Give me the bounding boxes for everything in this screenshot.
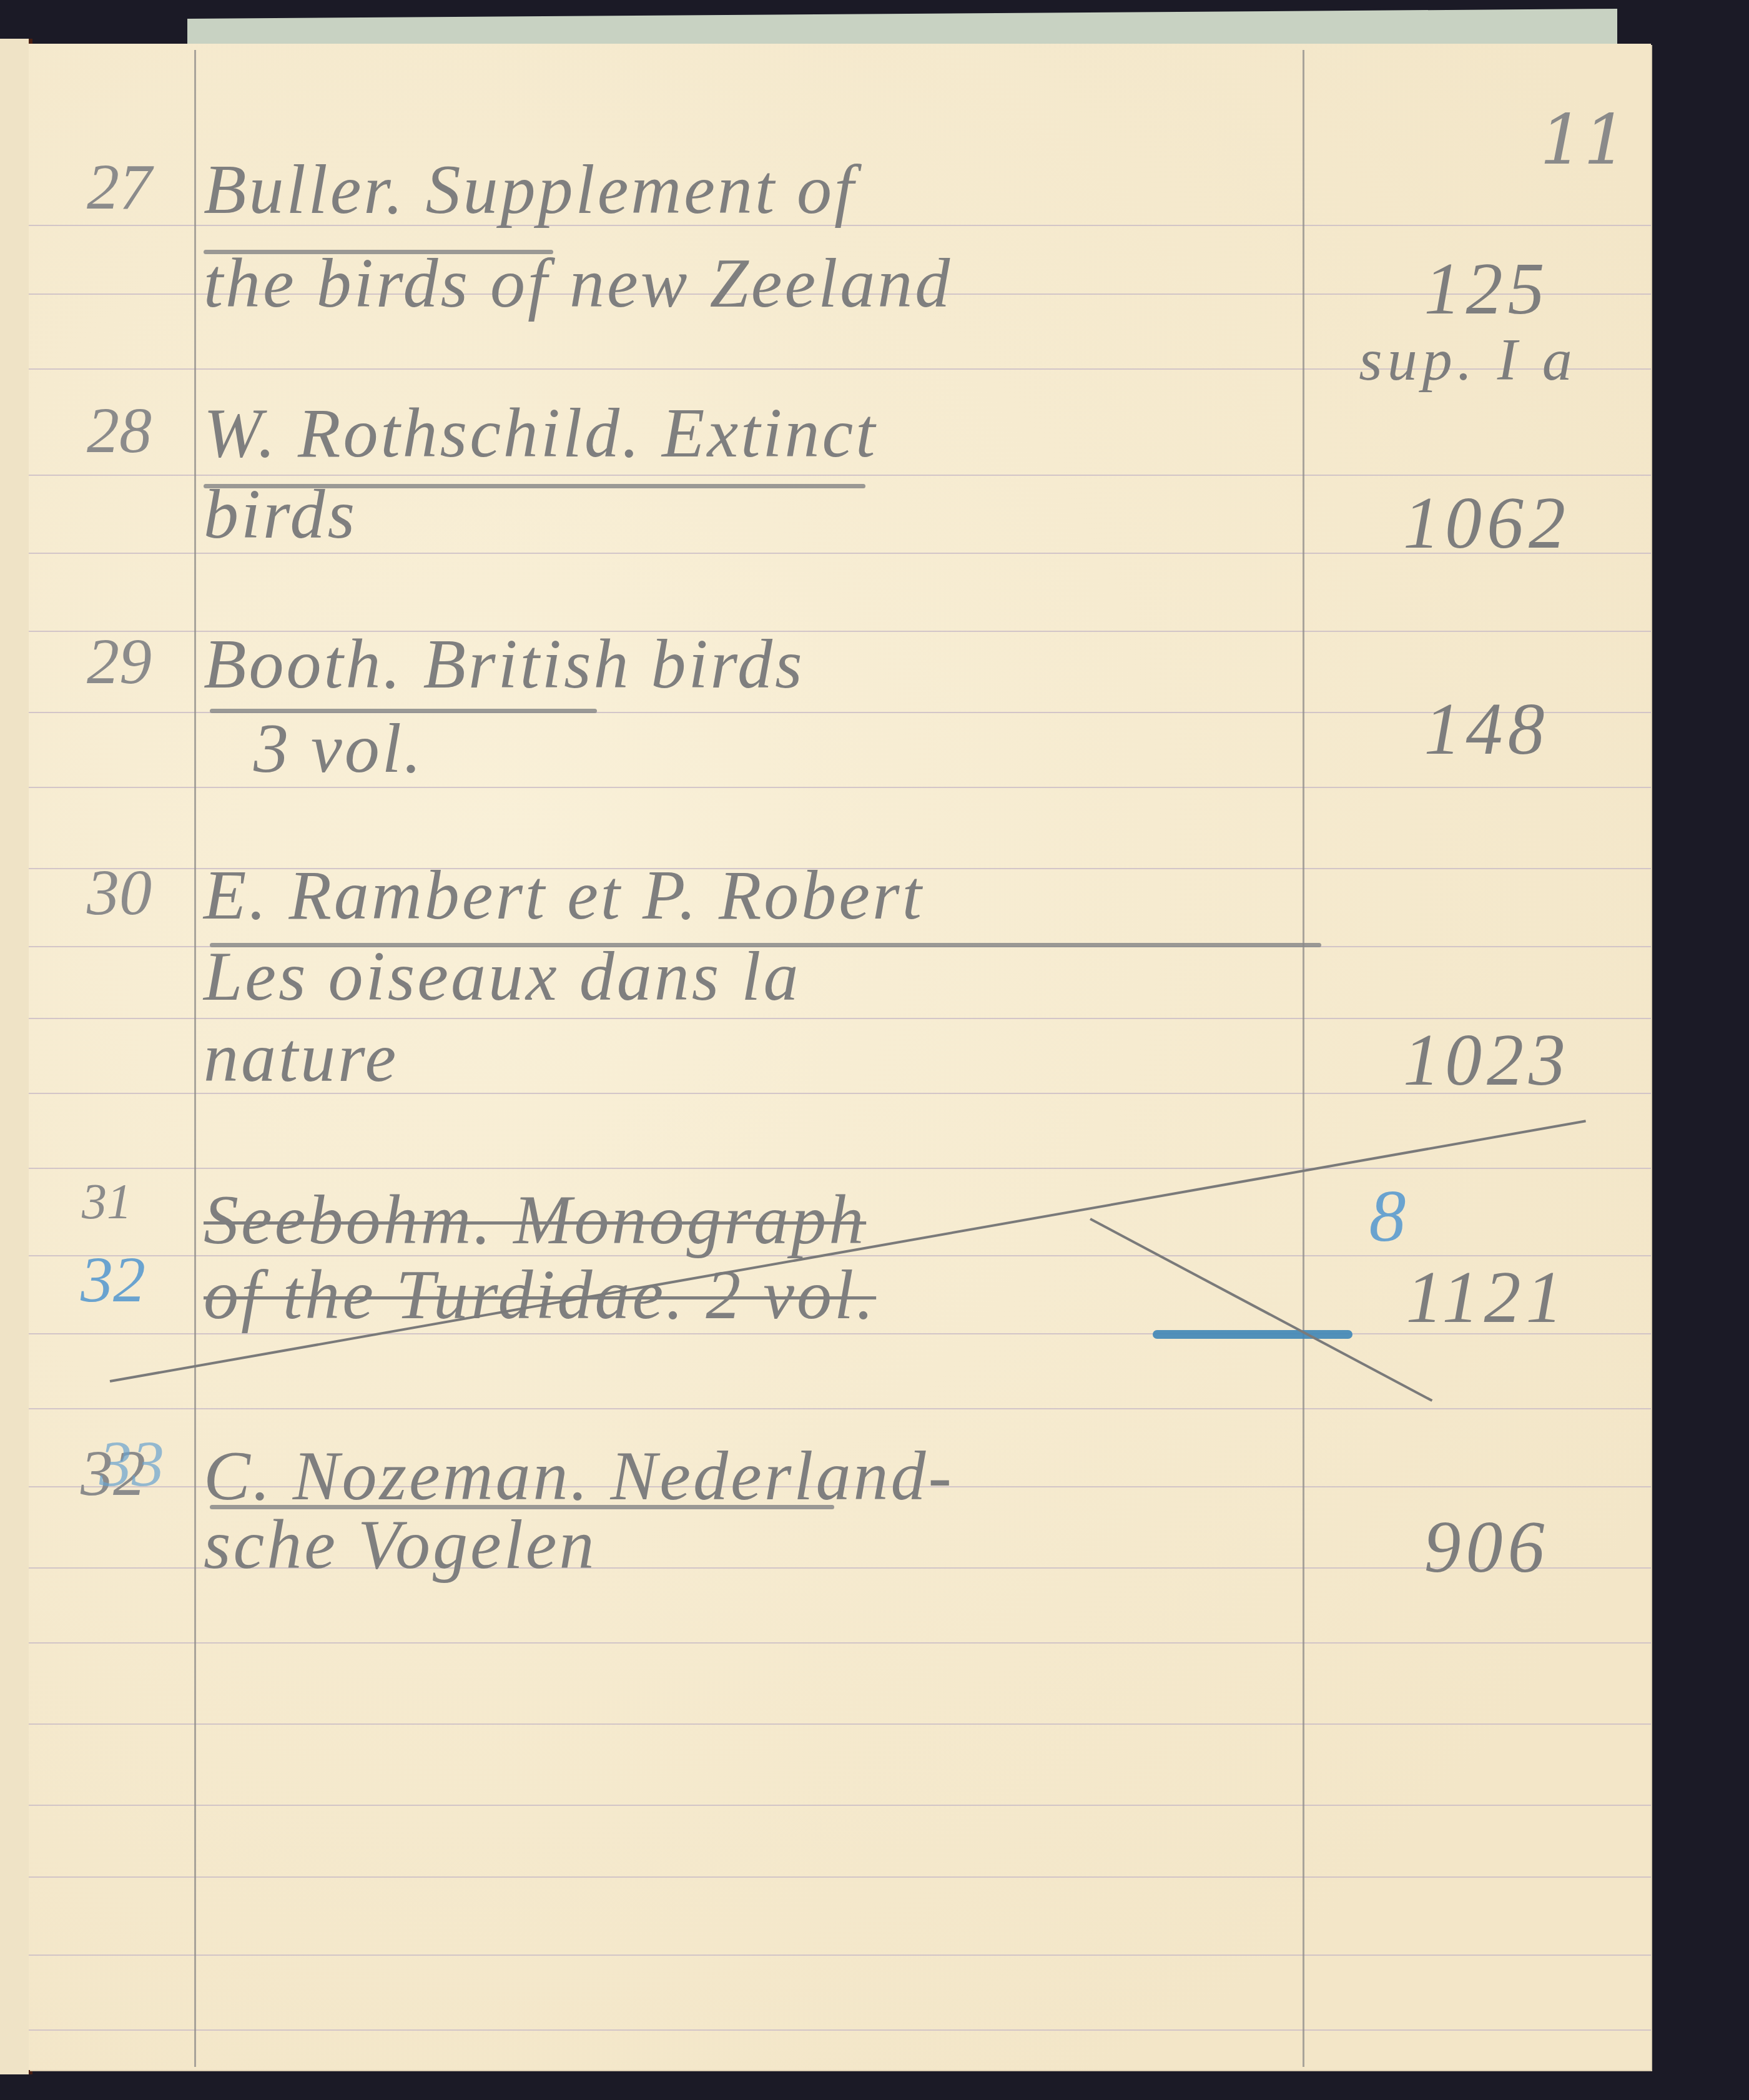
entry-title-line2: Les oiseaux dans la — [204, 937, 801, 1017]
call-number: 1062 — [1346, 481, 1627, 566]
entry-number: 30 — [54, 855, 185, 930]
entry-title-line2: the birds of new Zeeland — [204, 244, 952, 324]
blue-renumber: 33 — [66, 1427, 197, 1501]
blue-renumber: 32 — [47, 1243, 179, 1317]
ruled-line — [29, 1408, 1651, 1409]
entry-title-line1: E. Rambert et P. Robert — [204, 855, 924, 936]
blue-call-number: 8 — [1328, 1174, 1452, 1259]
facing-page-edge — [0, 39, 32, 2074]
notebook-page: 11 27 Buller. Supplement of the birds of… — [29, 44, 1651, 2070]
ruled-line — [29, 1805, 1651, 1806]
entry-title-line2: sche Vogelen — [204, 1505, 597, 1585]
call-number: 906 — [1346, 1505, 1627, 1590]
entry-number: 27 — [54, 150, 185, 224]
call-number-note: sup. I a — [1328, 325, 1609, 394]
ruled-line — [29, 1168, 1651, 1169]
entry-number: 29 — [54, 624, 185, 699]
number-column-divider — [194, 50, 196, 2067]
call-number: 1121 — [1346, 1255, 1627, 1340]
callnumber-column-divider — [1303, 50, 1304, 2067]
entry-title-line1: Booth. British birds — [204, 624, 805, 705]
entry-title-line3: nature — [204, 1018, 398, 1098]
entry-title-line1: Seebohm. Monograph — [204, 1180, 866, 1261]
entry-number: 31 — [41, 1174, 172, 1231]
entry-title-line2: of the Turdidae. 2 vol. — [204, 1255, 876, 1336]
ruled-line — [29, 1876, 1651, 1878]
entry-number: 28 — [54, 393, 185, 468]
call-number: 1023 — [1346, 1018, 1627, 1103]
ruled-line — [29, 1955, 1651, 1956]
ruled-line — [29, 2029, 1651, 2031]
entry-title-line1: W. Rothschild. Extinct — [204, 393, 877, 474]
entry-title-line2: birds — [204, 475, 357, 555]
ruled-line — [29, 1723, 1651, 1725]
ruled-line — [29, 1642, 1651, 1644]
page-number: 11 — [1540, 100, 1627, 180]
call-number: 125 — [1346, 247, 1627, 332]
entry-title-line2: 3 vol. — [254, 709, 424, 789]
call-number: 148 — [1346, 687, 1627, 772]
entry-title-line1: Buller. Supplement of — [204, 150, 856, 230]
blue-underline-mark — [1153, 1330, 1352, 1339]
